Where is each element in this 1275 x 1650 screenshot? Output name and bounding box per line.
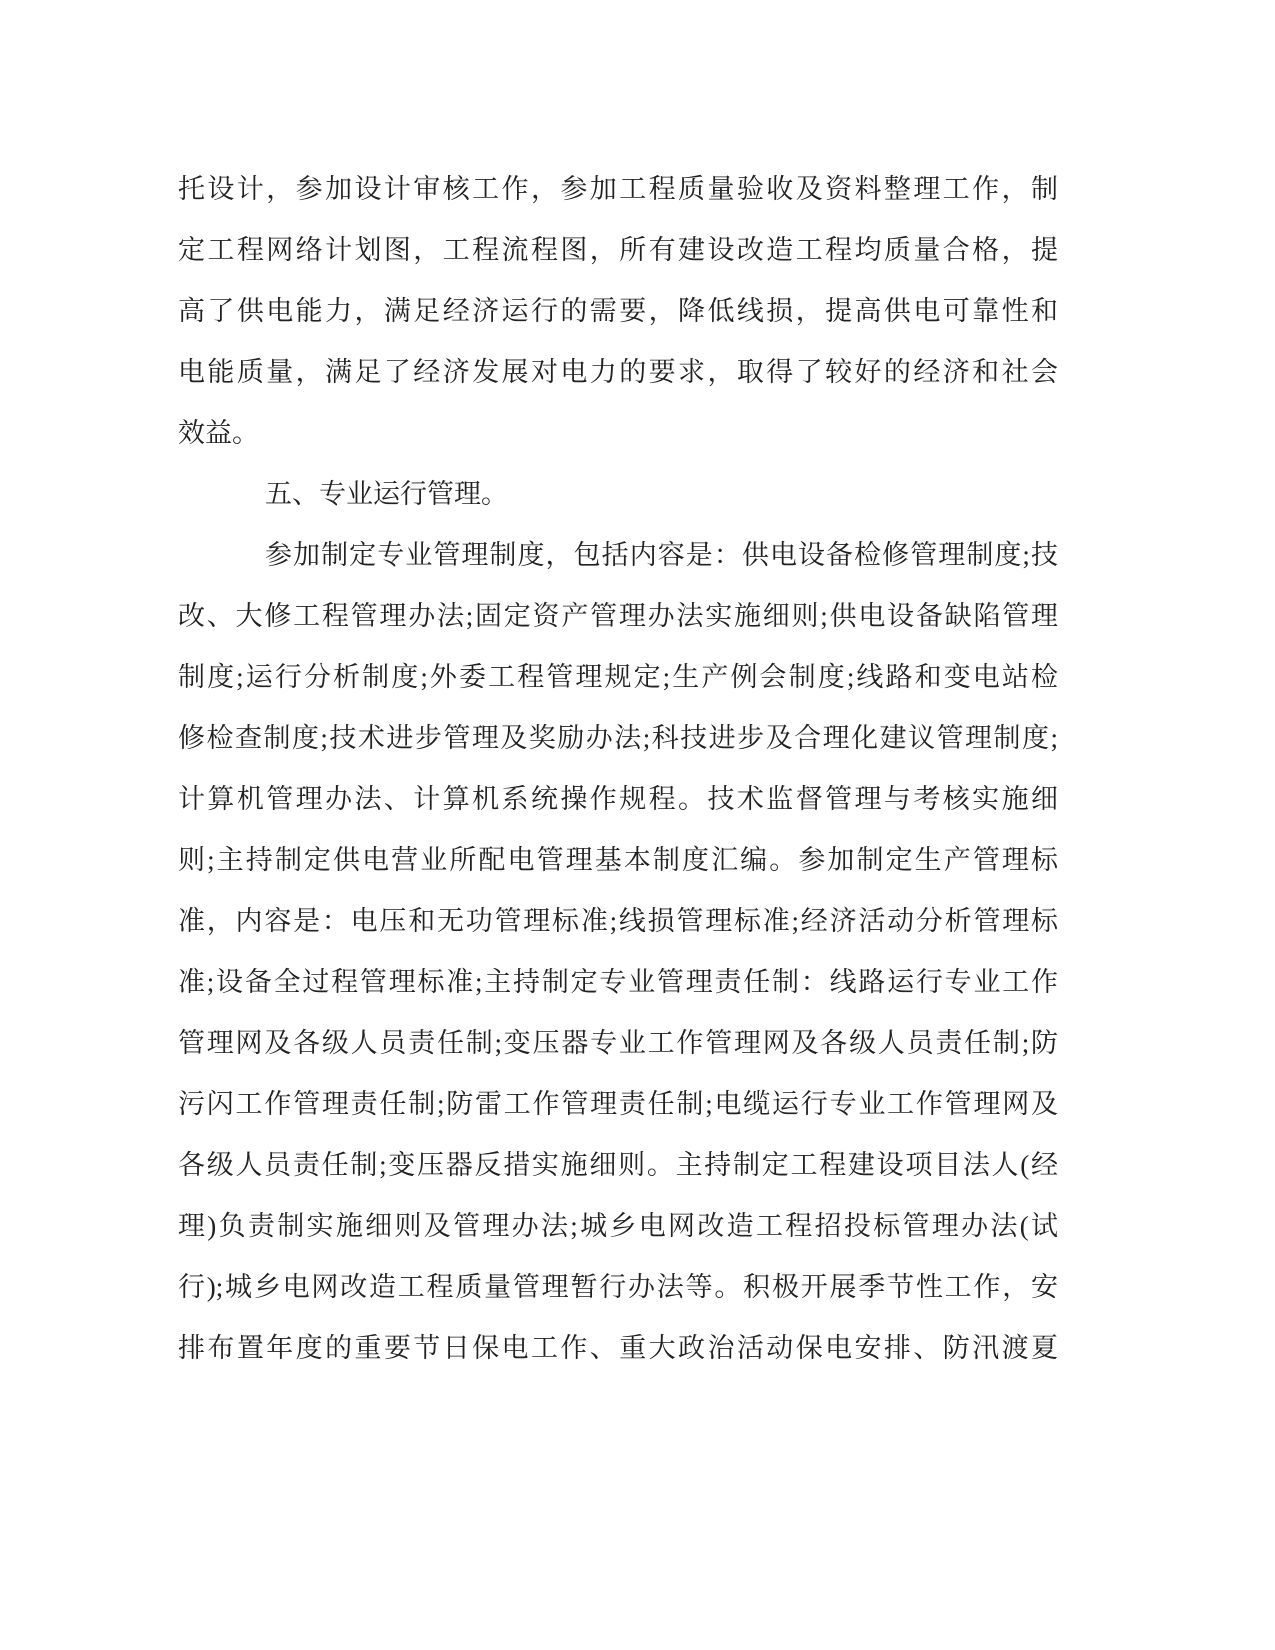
- text-line: 五、专业运行管理。: [178, 464, 1058, 525]
- text-line: 托设计，参加设计审核工作，参加工程质量验收及资料整理工作，制: [178, 159, 1058, 220]
- text-line: 污闪工作管理责任制;防雷工作管理责任制;电缆运行专业工作管理网及: [178, 1074, 1058, 1135]
- text-line: 制度;运行分析制度;外委工程管理规定;生产例会制度;线路和变电站检: [178, 647, 1058, 708]
- text-line: 排布置年度的重要节日保电工作、重大政治活动保电安排、防汛渡夏: [178, 1318, 1058, 1379]
- text-line: 管理网及各级人员责任制;变压器专业工作管理网及各级人员责任制;防: [178, 1013, 1058, 1074]
- paragraph: 参加制定专业管理制度，包括内容是：供电设备检修管理制度;技改、大修工程管理办法;…: [178, 525, 1058, 1379]
- text-line: 效益。: [178, 403, 1058, 464]
- text-line: 电能质量，满足了经济发展对电力的要求，取得了较好的经济和社会: [178, 342, 1058, 403]
- text-line: 各级人员责任制;变压器反措实施细则。主持制定工程建设项目法人(经: [178, 1135, 1058, 1196]
- text-line: 行);城乡电网改造工程质量管理暂行办法等。积极开展季节性工作，安: [178, 1257, 1058, 1318]
- text-line: 高了供电能力，满足经济运行的需要，降低线损，提高供电可靠性和: [178, 281, 1058, 342]
- document-page: 托设计，参加设计审核工作，参加工程质量验收及资料整理工作，制定工程网络计划图，工…: [0, 0, 1275, 1650]
- text-line: 准，内容是：电压和无功管理标准;线损管理标准;经济活动分析管理标: [178, 891, 1058, 952]
- text-line: 则;主持制定供电营业所配电管理基本制度汇编。参加制定生产管理标: [178, 830, 1058, 891]
- text-line: 理)负责制实施细则及管理办法;城乡电网改造工程招投标管理办法(试: [178, 1196, 1058, 1257]
- text-line: 改、大修工程管理办法;固定资产管理办法实施细则;供电设备缺陷管理: [178, 586, 1058, 647]
- text-line: 计算机管理办法、计算机系统操作规程。技术监督管理与考核实施细: [178, 769, 1058, 830]
- text-line: 参加制定专业管理制度，包括内容是：供电设备检修管理制度;技: [178, 525, 1058, 586]
- paragraph: 五、专业运行管理。: [178, 464, 1058, 525]
- text-line: 准;设备全过程管理标准;主持制定专业管理责任制：线路运行专业工作: [178, 952, 1058, 1013]
- text-line: 定工程网络计划图，工程流程图，所有建设改造工程均质量合格，提: [178, 220, 1058, 281]
- paragraph: 托设计，参加设计审核工作，参加工程质量验收及资料整理工作，制定工程网络计划图，工…: [178, 159, 1058, 464]
- text-line: 修检查制度;技术进步管理及奖励办法;科技进步及合理化建议管理制度;: [178, 708, 1058, 769]
- text-block: 托设计，参加设计审核工作，参加工程质量验收及资料整理工作，制定工程网络计划图，工…: [178, 159, 1058, 1379]
